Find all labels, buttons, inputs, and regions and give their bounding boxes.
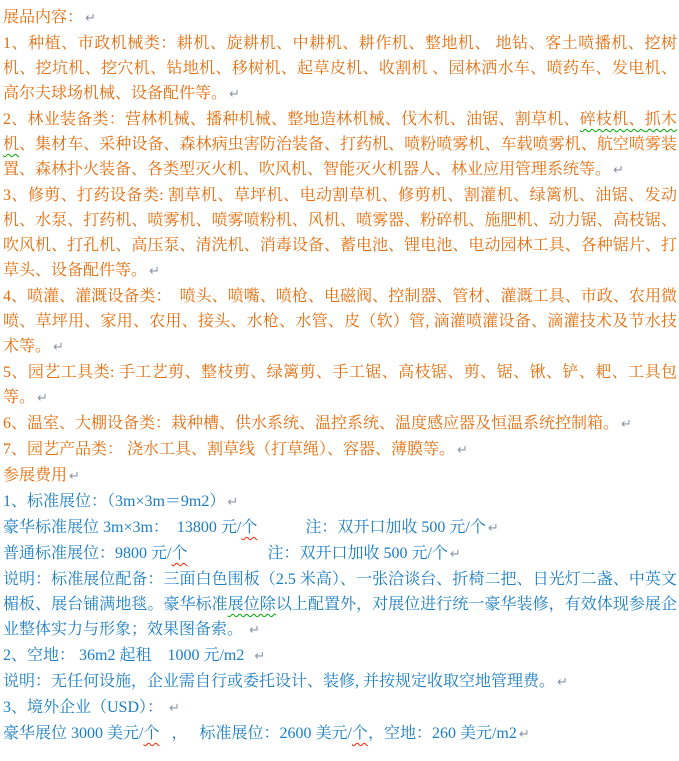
category-2-text: 2、林业装备类：营林机械、播种机械、整地造林机械、伐木机、油锯、割草机、 xyxy=(3,111,580,128)
deluxe-booth-note-text: 注：双开口加收 500 元/个 xyxy=(305,519,485,536)
category-6-text: 6、温室、大棚设备类：栽种槽、供水系统、温控系统、温度感应器及恒温系统控制箱。 xyxy=(3,415,619,432)
paragraph-mark-icon: ↵ xyxy=(619,417,632,432)
overseas-price-text: ， 标准展位：2600 美元/ xyxy=(159,725,351,742)
paragraph-mark-icon: ↵ xyxy=(67,469,80,484)
category-1-text: 1、种植、市政机械类：耕机、旋耕机、中耕机、耕作机、整地机、 地钻、客土喷播机、… xyxy=(3,35,677,102)
paragraph-mark-icon: ↵ xyxy=(227,87,240,102)
exhibits-title: 展品内容： xyxy=(3,9,83,26)
para-category-6-greenhouse: 6、温室、大棚设备类：栽种槽、供水系统、温控系统、温度感应器及恒温系统控制箱。↵ xyxy=(3,411,677,437)
para-open-ground-description: 说明：无任何设施，企业需自行或委托设计、装修, 并按规定收取空地管理费。↵ xyxy=(3,669,677,695)
para-open-ground-price: 2、空地： 36m2 起租 1000 元/m2 ↵ xyxy=(3,643,677,669)
paragraph-mark-icon: ↵ xyxy=(83,11,96,26)
paragraph-mark-icon: ↵ xyxy=(517,727,530,742)
category-5-text: 5、园艺工具类: 手工艺剪、整枝剪、绿篱剪、手工锯、高枝锯、剪、锯、锹、铲、耙、… xyxy=(3,364,677,406)
standard-booth-header-text: 1、标准展位：（3m×3m＝9m2） xyxy=(3,493,225,510)
para-deluxe-booth-price: 豪华标准展位 3m×3m： 13800 元/个 注：双开口加收 500 元/个↵ xyxy=(3,515,677,541)
spellcheck-red-underline: 个 xyxy=(143,725,159,742)
category-7-text: 7、园艺产品类： 浇水工具、割草线（打草绳）、容器、薄膜等。 xyxy=(3,441,455,458)
spellcheck-green-underline: 展位除 xyxy=(228,596,276,613)
spellcheck-green-underline: 碎枝机、 xyxy=(580,111,645,128)
para-booth-config-description: 说明：标准展位配备：三面白色围板（2.5 米高）、一张洽谈台、折椅二把、日光灯二… xyxy=(3,567,677,643)
paragraph-mark-icon: ↵ xyxy=(448,547,461,562)
paragraph-mark-icon: ↵ xyxy=(35,391,48,406)
para-overseas-price: 豪华展位 3000 美元/个 ， 标准展位：2600 美元/个，空地：260 美… xyxy=(3,721,677,747)
paragraph-mark-icon: ↵ xyxy=(167,701,180,716)
overseas-header-text: 3、境外企业（USD）： xyxy=(3,699,167,716)
paragraph-mark-icon: ↵ xyxy=(225,495,238,510)
paragraph-mark-icon: ↵ xyxy=(555,675,568,690)
paragraph-mark-icon: ↵ xyxy=(611,163,624,178)
para-standard-booth-header: 1、标准展位：（3m×3m＝9m2）↵ xyxy=(3,489,677,515)
para-category-4-irrigation: 4、喷灌、灌溉设备类： 喷头、喷嘴、喷枪、电磁阀、控制器、管材、灌溉工具、市政、… xyxy=(3,284,677,360)
fees-title: 参展费用 xyxy=(3,467,67,484)
category-4-text: 4、喷灌、灌溉设备类： 喷头、喷嘴、喷枪、电磁阀、控制器、管材、灌溉工具、市政、… xyxy=(3,288,677,355)
para-category-2-forestry: 2、林业装备类：营林机械、播种机械、整地造林机械、伐木机、油锯、割草机、碎枝机、… xyxy=(3,107,677,183)
category-2-text: 、集材车、采种设备、森林病虫害防治装备、打药机、喷粉喷雾机、车载喷雾机、航空喷雾… xyxy=(3,136,677,178)
paragraph-mark-icon: ↵ xyxy=(486,521,499,536)
normal-booth-note-text: 注：双开口加收 500 元/个 xyxy=(267,545,447,562)
para-fees-title: 参展费用↵ xyxy=(3,463,677,489)
normal-booth-price-text: 普通标准展位：9800 元/ xyxy=(3,545,171,562)
para-category-3-trimming-spraying: 3、修剪、打药设备类: 割草机、草坪机、电动割草机、修剪机、割灌机、绿篱机、油锯… xyxy=(3,183,677,284)
open-ground-description-text: 说明：无任何设施，企业需自行或委托设计、装修, 并按规定收取空地管理费。 xyxy=(3,673,555,690)
open-ground-price-text: 2、空地： 36m2 起租 1000 元/m2 xyxy=(3,647,252,664)
category-3-text: 3、修剪、打药设备类: 割草机、草坪机、电动割草机、修剪机、割灌机、绿篱机、油锯… xyxy=(3,187,677,279)
para-exhibits-title: 展品内容：↵ xyxy=(3,5,677,31)
para-normal-booth-price: 普通标准展位：9800 元/个 注：双开口加收 500 元/个↵ xyxy=(3,541,677,567)
overseas-price-text: ，空地：260 美元/m2 xyxy=(368,725,517,742)
paragraph-mark-icon: ↵ xyxy=(147,264,160,279)
spellcheck-red-underline: 个 xyxy=(171,545,187,562)
spacer-text xyxy=(257,519,305,536)
spacer-text xyxy=(187,545,267,562)
paragraph-mark-icon: ↵ xyxy=(455,443,468,458)
para-category-7-garden-products: 7、园艺产品类： 浇水工具、割草线（打草绳）、容器、薄膜等。↵ xyxy=(3,437,677,463)
spellcheck-red-underline: 个 xyxy=(352,725,368,742)
para-category-5-garden-tools: 5、园艺工具类: 手工艺剪、整枝剪、绿篱剪、手工锯、高枝锯、剪、锯、锹、铲、耙、… xyxy=(3,360,677,411)
spellcheck-red-underline: 个 xyxy=(241,519,257,536)
overseas-price-text: 豪华展位 3000 美元/ xyxy=(3,725,143,742)
paragraph-mark-icon: ↵ xyxy=(247,623,260,638)
paragraph-mark-icon: ↵ xyxy=(51,340,64,355)
paragraph-mark-icon: ↵ xyxy=(252,649,265,664)
para-category-1-planting-municipal: 1、种植、市政机械类：耕机、旋耕机、中耕机、耕作机、整地机、 地钻、客土喷播机、… xyxy=(3,31,677,107)
deluxe-booth-price-text: 豪华标准展位 3m×3m： 13800 元/ xyxy=(3,519,241,536)
para-overseas-header: 3、境外企业（USD）： ↵ xyxy=(3,695,677,721)
word-document-page: 展品内容：↵ 1、种植、市政机械类：耕机、旋耕机、中耕机、耕作机、整地机、 地钻… xyxy=(0,0,679,761)
